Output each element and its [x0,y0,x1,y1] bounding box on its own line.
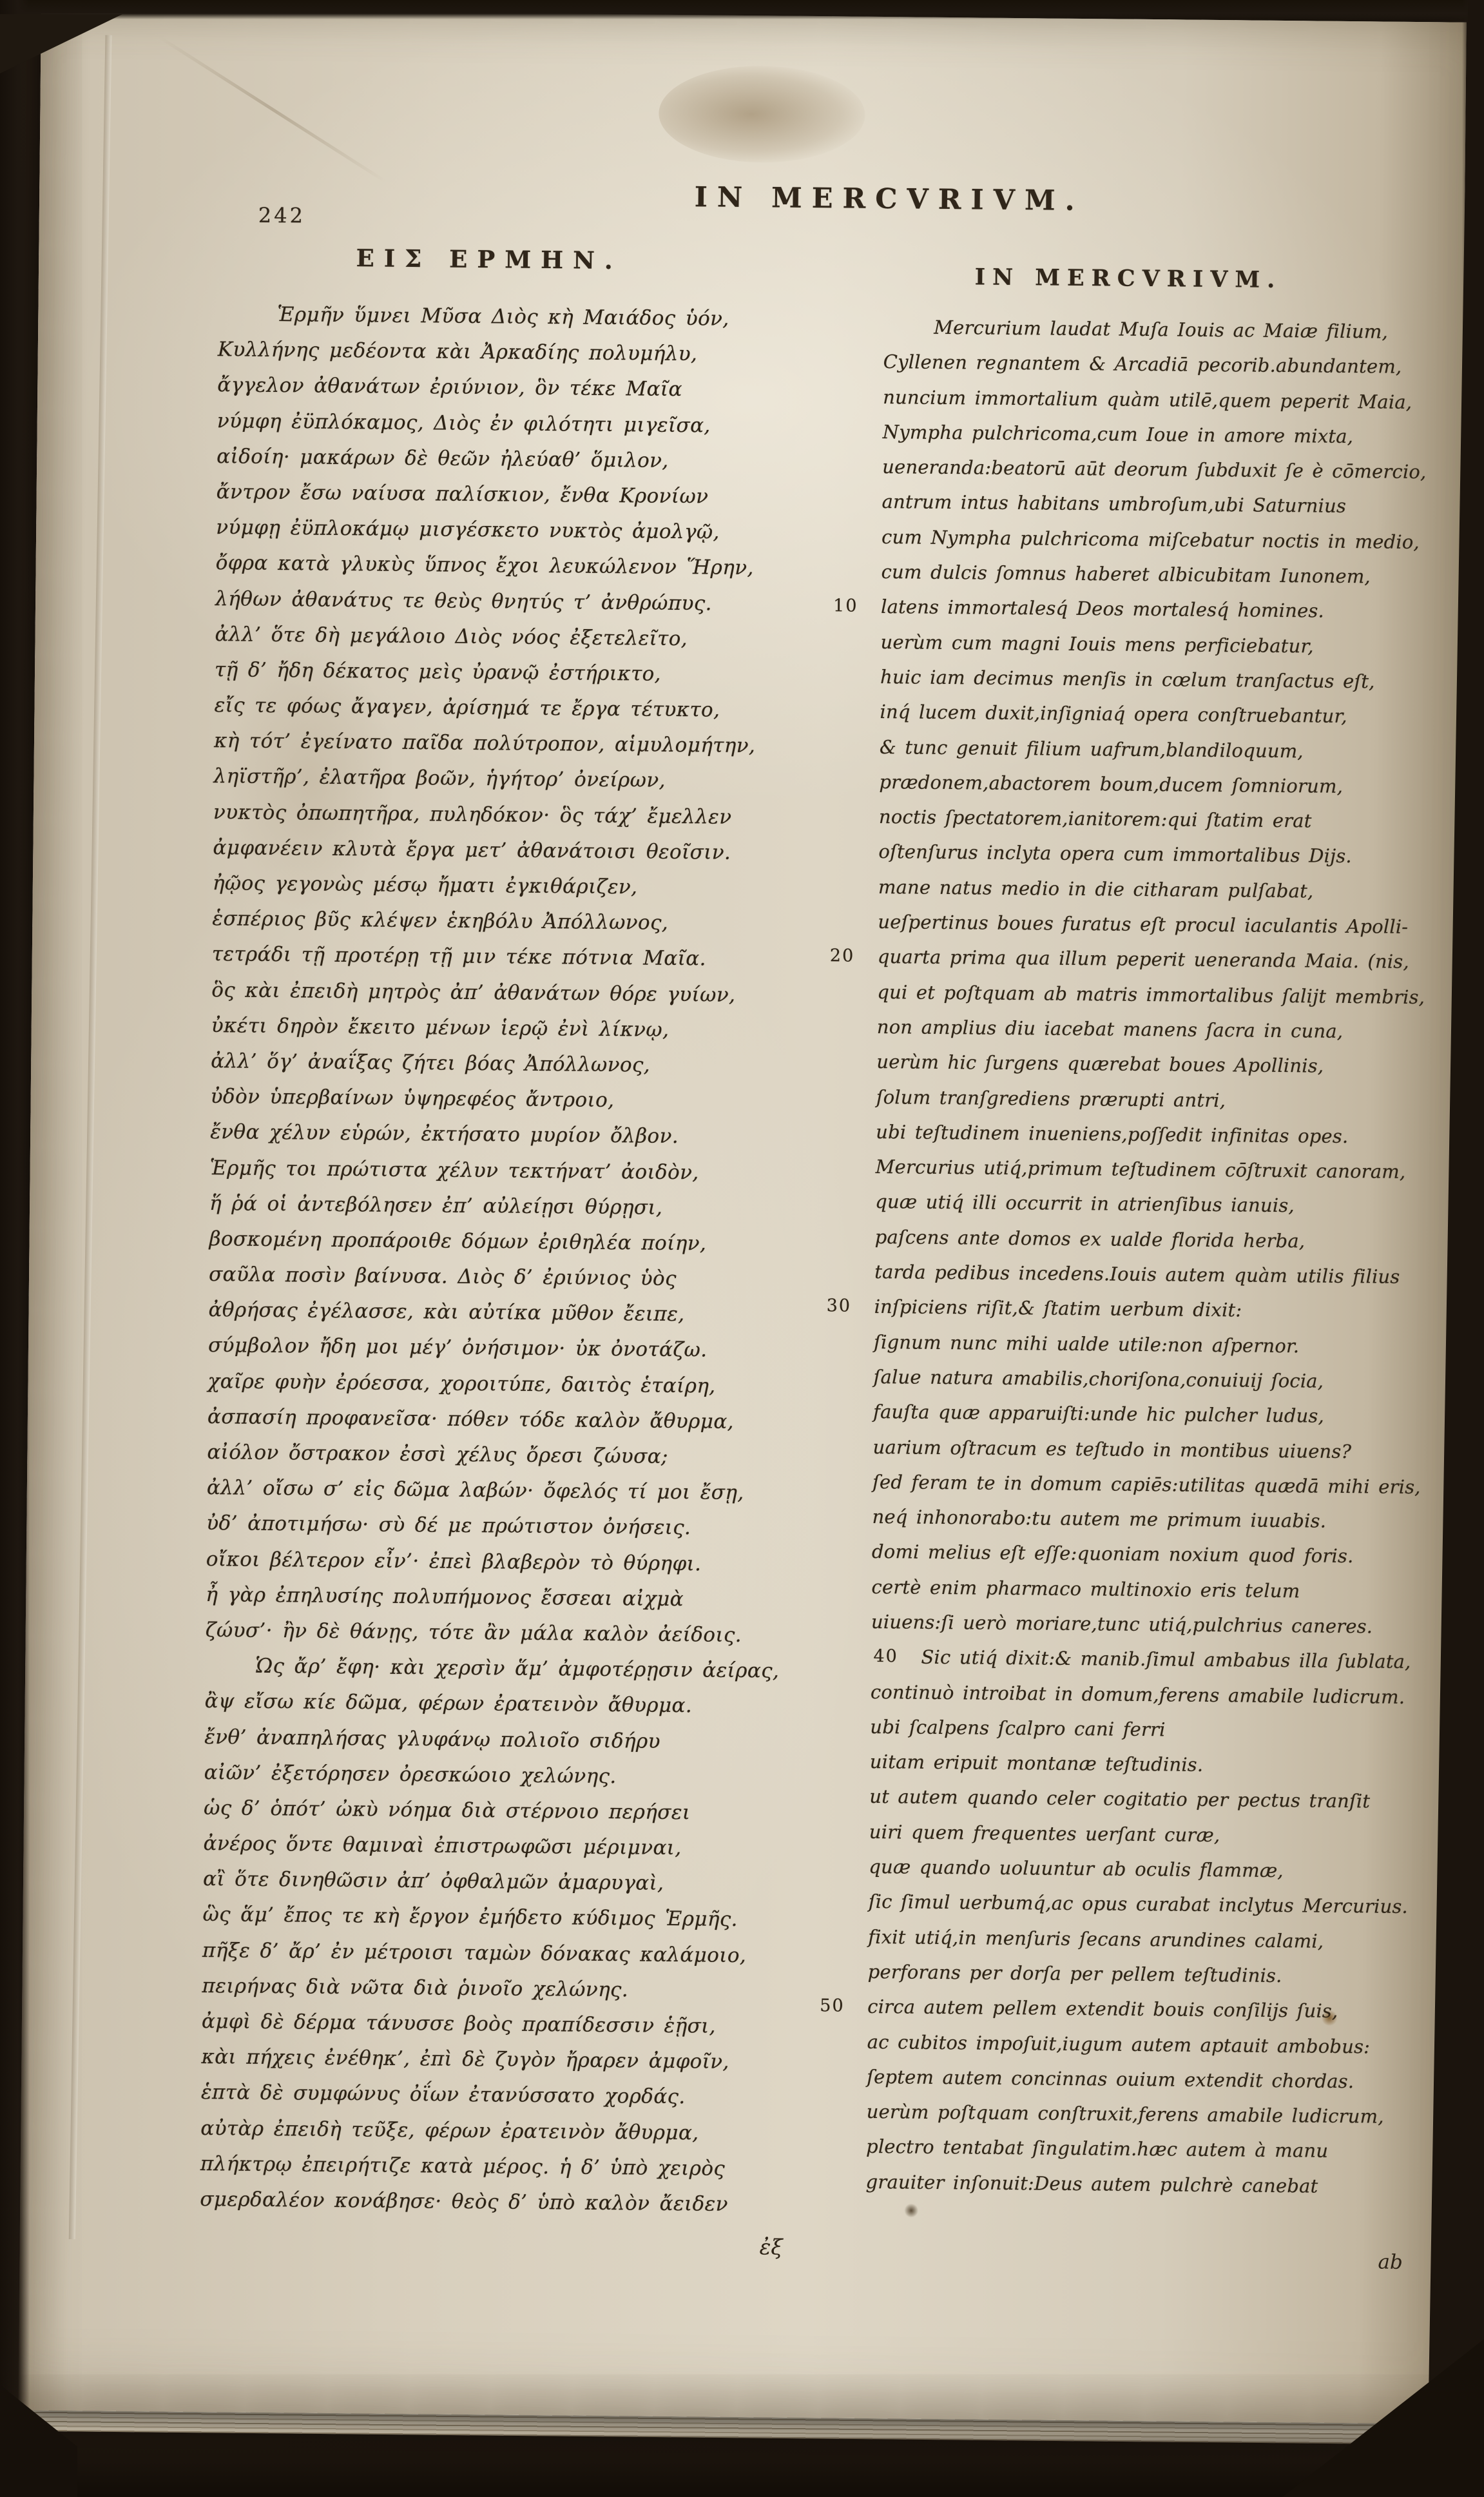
greek-verse-line: Ἑρμῆν ὕμνει Μῦσα Διὸς κὴ Μαιάδος ὑόν, [218,296,759,337]
greek-verse-line: ληϊστῆρ’, ἐλατῆρα βοῶν, ἡγήτορ’ ὀνείρων, [213,759,755,800]
greek-verse-text: ἔνθα χέλυν εὑρών, ἐκτήσατο μυρίον ὄλβον. [210,1120,679,1148]
folio-number: 242 [258,203,305,228]
latin-verse-line: ubi teſtudinem inueniens,poſſedit infini… [876,1114,1430,1155]
greek-verse-text: ἠῷος γεγονὼς μέσῳ ἤματι ἐγκιθάριζεν, [213,871,638,899]
greek-verse-text: ἀνέρος ὅντε θαμιναὶ ἐπιστρωφῶσι μέριμναι… [203,1832,681,1860]
latin-verse-text: cum dulcis ſomnus haberet albicubitam Iu… [881,561,1371,587]
greek-verse-line: λήθων ἀθανάτυς τε θεὺς θνητύς τ’ ἀνθρώπυ… [215,581,756,622]
latin-verse-line: ac cubitos impoſuit,iugum autem aptauit … [867,2024,1421,2065]
latin-verse-text: uerùm hic ſurgens quærebat boues Apollin… [876,1051,1324,1077]
latin-verse-line: uarium oſtracum es teſtudo in montibus u… [872,1429,1427,1470]
latin-verse-line: ut autem quando celer cogitatio per pect… [869,1779,1423,1820]
latin-verse-line: fixit utiq́,in menſuris ſecans arundines… [868,1919,1422,1960]
latin-verse-text: ubi teſtudinem inueniens,poſſedit infini… [876,1121,1348,1147]
latin-verse-text: plectro tentabat ſingulatim.hæc autem à … [866,2135,1328,2162]
latin-verse-line: Mercurium laudat Muſa Iouis ac Maiæ fili… [883,309,1438,350]
paper-crease [69,35,112,2239]
latin-verse-line: paſcens ante domos ex ualde florida herb… [874,1219,1429,1260]
greek-verse-line: αἰῶν’ ἐξετόρησεν ὀρεσκώοιο χελώνης. [204,1755,745,1796]
greek-verse-line: ἦ γὰρ ἐπηλυσίης πολυπήμονος ἔσσεαι αἰχμὰ [206,1577,747,1618]
greek-verse-line: ὐκέτι δηρὸν ἔκειτο μένων ἱερῷ ἐνὶ λίκνῳ, [211,1008,753,1049]
latin-verse-line: quæ utiq́ illi occurrit in atrienſibus i… [875,1184,1429,1225]
greek-verse-text: σαῦλα ποσὶν βαίνυσα. Διὸς δ’ ἐριύνιος ὑὸ… [209,1263,677,1290]
latin-verse-line: 20quarta prima qua illum peperit ueneran… [878,939,1432,980]
greek-verse-text: σμερδαλέον κονάβησε· θεὸς δ’ ὑπὸ καλὸν ἄ… [200,2188,728,2216]
greek-verse-text: Κυλλήνης μεδέοντα κὰι Ἀρκαδίης πολυμήλυ, [218,338,698,365]
latin-verse-text: fixit utiq́,in menſuris ſecans arundines… [868,1926,1324,1952]
latin-verse-line: uerùm cum magni Iouis mens perficiebatur… [880,625,1434,665]
latin-verse-line: continuò introibat in domum,ferens amabi… [871,1675,1425,1715]
latin-verse-text: ſignum nunc mihi ualde utile:non aſperno… [874,1331,1299,1357]
greek-verse-text: νυκτὸς ὀπωπητῆρα, πυληδόκον· ὃς τάχ’ ἔμε… [213,801,732,829]
greek-verse-text: ληϊστῆρ’, ἐλατῆρα βοῶν, ἡγήτορ’ ὀνείρων, [213,765,666,793]
greek-verse-line: αἲ ὅτε δινηθῶσιν ἀπ’ ὀφθαλμῶν ἀμαρυγαὶ, [203,1861,744,1902]
latin-verse-line: ubi ſcalpens ſcalpro cani ferri [870,1709,1424,1750]
latin-verse-text: inſpiciens riſit,& ſtatim uerbum dixit: [874,1296,1242,1321]
greek-verse-line: οἴκοι βέλτερον εἶν’· ἐπεὶ βλαβερὸν τὸ θύ… [206,1542,747,1582]
latin-verse-text: Sic utiq́ dixit:& manib.ſimul ambabus il… [921,1646,1411,1673]
greek-verse-line: αἰδοίη· μακάρων δὲ θεῶν ἠλεύαθ’ ὅμιλον, [217,439,758,480]
greek-verse-line: αἰόλον ὄστρακον ἐσσὶ χέλυς ὄρεσι ζώυσα; [207,1435,748,1475]
greek-verse-line: σύμβολον ἤδη μοι μέγ’ ὀνήσιμον· ὐκ ὀνοτά… [208,1328,749,1368]
latin-column-heading: IN MERCVRIVM. [854,263,1402,295]
greek-verse-line: ἀμφανέειν κλυτὰ ἔργα μετ’ ἀθανάτοισι θεο… [213,830,754,871]
latin-verse-line: qui et poſtquam ab matris immortalibus ſ… [877,975,1431,1015]
greek-verse-text: Ἑρμῆν ὕμνει Μῦσα Διὸς κὴ Μαιάδος ὑόν, [277,303,729,331]
latin-verse-text: grauiter inſonuit:Deus autem pulchrè can… [865,2171,1318,2197]
greek-verse-line: ὃς κὰι ἐπειδὴ μητρὸς ἀπ’ ἀθανάτων θόρε γ… [211,973,753,1013]
greek-column-heading: ΕΙΣ ΕΡΜΗΝ. [218,242,760,276]
greek-verse-text: πῆξε δ’ ἄρ’ ἐν μέτροισι ταμὼν δόνακας κα… [202,1939,746,1967]
latin-verse-line: 50circa autem pellem extendit bouis conſ… [867,1989,1421,2030]
line-number: 30 [826,1289,851,1325]
greek-verse-line: ἔνθα χέλυν εὑρών, ἐκτήσατο μυρίον ὄλβον. [210,1114,751,1155]
latin-verse-line: Nympha pulchricoma,cum Ioue in amore mix… [882,414,1436,455]
latin-verse-line: quæ quando uoluuntur ab oculis flammæ, [869,1849,1423,1890]
greek-verse-text: αἲ ὅτε δινηθῶσιν ἀπ’ ὀφθαλμῶν ἀμαρυγαὶ, [203,1867,664,1895]
latin-verse-line: perforans per dorſa per pellem teſtudini… [867,1954,1421,1995]
greek-verse-text: σύμβολον ἤδη μοι μέγ’ ὀνήσιμον· ὐκ ὀνοτά… [208,1334,708,1361]
greek-verse-text: ἑπτὰ δὲ συμφώνυς ὀΐων ἐτανύσσατο χορδάς. [201,2081,686,2108]
latin-verse-line: neq́ inhonorabo:tu autem me primum iuuab… [872,1499,1426,1540]
latin-verse-line: nuncium immortalium quàm utilē,quem pepe… [883,380,1437,420]
greek-verse-line: ὣς ἅμ’ ἔπος τε κὴ ἔργον ἐμήδετο κύδιμος … [202,1897,744,1938]
greek-verse-text: ὄφρα κατὰ γλυκὺς ὕπνος ἔχοι λευκώλενον Ἥ… [216,551,754,579]
greek-verse-text: χαῖρε φυὴν ἐρόεσσα, χοροιτύπε, δαιτὸς ἑτ… [207,1370,715,1398]
greek-verse-line: πῆξε δ’ ἄρ’ ἐν μέτροισι ταμὼν δόνακας κα… [202,1933,744,1974]
latin-verse-line: mane natus medio in die citharam pulſaba… [878,870,1432,910]
latin-verse-text: ubi ſcalpens ſcalpro cani ferri [870,1716,1166,1740]
greek-verse-text: ἀλλ’ ὅτε δὴ μεγάλοιο Διὸς νόος ἐξετελεῖτ… [215,623,688,650]
latin-verse-text: perforans per dorſa per pellem teſtudini… [868,1961,1282,1987]
latin-verse-text: Mercurium laudat Muſa Iouis ac Maiæ fili… [934,316,1388,343]
greek-verse-line: χαῖρε φυὴν ἐρόεσσα, χοροιτύπε, δαιτὸς ἑτ… [207,1364,749,1404]
latin-verse-line: ſalue natura amabilis,choriſona,conuiuij… [873,1359,1427,1400]
latin-verse-line: plectro tentabat ſingulatim.hæc autem à … [866,2129,1420,2170]
latin-verse-line: 40Sic utiq́ dixit:& manib.ſimul ambabus … [871,1639,1425,1680]
greek-verse-line: ἄντρον ἔσω ναίυσα παλίσκιον, ἔνθα Κρονίω… [216,474,757,515]
greek-verse-text: ἑσπέριος βῦς κλέψεν ἑκηβόλυ Ἀπόλλωνος, [212,907,668,935]
greek-verse-text: ὣς ἅμ’ ἔπος τε κὴ ἔργον ἐμήδετο κύδιμος … [202,1903,738,1931]
greek-verse-line: ἀνέρος ὅντε θαμιναὶ ἐπιστρωφῶσι μέριμναι… [203,1826,744,1867]
greek-verse-line: πειρήνας διὰ νῶτα διὰ ῥινοῖο χελώνης. [202,1968,743,2009]
greek-verse-line: εἴς τε φόως ἄγαγεν, ἀρίσημά τε ἔργα τέτυ… [214,688,755,728]
latin-verse-text: ueneranda:beatorū aūt deorum ſubduxit ſe… [882,456,1427,483]
latin-verse-text: Nympha pulchricoma,cum Ioue in amore mix… [883,421,1354,447]
greek-verse-line: τετράδι τῇ προτέρῃ τῇ μιν τέκε πότνια Μα… [212,937,753,977]
greek-verse-line: ἀσπασίη προφανεῖσα· πόθεν τόδε καλὸν ἄθυ… [207,1399,749,1440]
greek-verse-line: σαῦλα ποσὶν βαίνυσα. Διὸς δ’ ἐριύνιος ὑὸ… [209,1257,750,1297]
latin-verse-line: ſolum tranſgrediens prærupti antri, [876,1080,1431,1120]
greek-verse-line: ἂψ εἴσω κίε δῶμα, φέρων ἐρατεινὸν ἄθυρμα… [204,1684,746,1724]
greek-verse-line: ἀλλ’ οἴσω σ’ εἰς δῶμα λαβών· ὄφελός τί μ… [207,1470,748,1511]
greek-verse-line: νύμφῃ ἐϋπλοκάμῳ μισγέσκετο νυκτὸς ἀμολγῷ… [216,510,757,550]
latin-verse-line: uiuens:ſi uerò moriare,tunc utiq́,pulchr… [871,1604,1425,1645]
latin-verse-text: cum Nympha pulchricoma miſcebatur noctis… [882,526,1420,553]
greek-verse-text: ζώυσ’· ἢν δὲ θάνῃς, τότε ἂν μάλα καλὸν ἀ… [206,1618,742,1647]
latin-verse-line: antrum intus habitans umbroſum,ubi Satur… [882,485,1436,525]
greek-verse-text: νύμφῃ ἐϋπλοκάμῳ μισγέσκετο νυκτὸς ἀμολγῷ… [216,516,720,544]
greek-verse-text: ἔνθ’ ἀναπηλήσας γλυφάνῳ πολιοῖο σιδήρυ [204,1725,660,1753]
latin-verse-line: fauſta quæ apparuiſti:unde hic pulcher l… [873,1394,1427,1435]
greek-verse-line: ἥ ῥά οἱ ἀντεβόλησεν ἐπ’ αὐλείῃσι θύρῃσι, [209,1186,751,1227]
greek-verse-line: πλήκτρῳ ἐπειρήτιζε κατὰ μέρος. ἡ δ’ ὑπὸ … [200,2146,742,2187]
greek-verse-text: ἀμφανέειν κλυτὰ ἔργα μετ’ ἀθανάτοισι θεο… [213,836,731,864]
latin-verse-text: uiri quem frequentes uerſant curæ, [869,1821,1220,1846]
latin-verse-line: 30inſpiciens riſit,& ſtatim uerbum dixit… [874,1289,1428,1330]
greek-verse-text: κὰι πήχεις ἐνέθηκ’, ἐπὶ δὲ ζυγὸν ἤραρεν … [201,2045,729,2074]
latin-verse-line: ſic ſimul uerbumq́,ac opus curabat incly… [869,1884,1423,1925]
latin-verse-text: & tunc genuit filium uafrum,blandiloquum… [880,736,1304,762]
latin-verse-text: non amplius diu iacebat manens ſacra in … [877,1016,1344,1042]
book-photo: 242 IN MERCVRIVM. ΕΙΣ ΕΡΜΗΝ. IN MERCVRIV… [0,0,1484,2497]
latin-verse-text: continuò introibat in domum,ferens amabi… [871,1681,1405,1708]
latin-column: Mercurium laudat Muſa Iouis ac Maiæ fili… [865,309,1438,2204]
greek-verse-text: ἀλλ’ οἴσω σ’ εἰς δῶμα λαβών· ὄφελός τί μ… [207,1476,744,1504]
latin-verse-text: noctis ſpectatorem,ianitorem:qui ſtatim … [879,806,1312,831]
greek-verse-line: Ὡς ἄρ’ ἔφη· κὰι χερσὶν ἅμ’ ἀμφοτέρῃσιν ἀ… [205,1648,746,1689]
greek-verse-line: ὐδ’ ἀποτιμήσω· σὺ δέ με πρώτιστον ὀνήσει… [206,1506,747,1546]
greek-verse-text: νύμφη ἐϋπλόκαμος, Διὸς ἐν φιλότητι μιγεῖ… [217,409,711,437]
greek-verse-text: ὐκέτι δηρὸν ἔκειτο μένων ἱερῷ ἐνὶ λίκνῳ, [211,1014,670,1042]
latin-verse-line: inq́ lucem duxit,inſigniaq́ opera conſtr… [880,694,1434,735]
latin-verse-line: ſignum nunc mihi ualde utile:non aſperno… [874,1325,1428,1365]
latin-verse-line: uiri quem frequentes uerſant curæ, [869,1814,1423,1855]
greek-verse-line: ἄγγελον ἀθανάτων ἐριύνιον, ὃν τέκε Μαῖα [217,367,758,408]
photo-border-right [1462,0,1484,2497]
greek-verse-line: ἀλλ’ ὅτε δὴ μεγάλοιο Διὸς νόος ἐξετελεῖτ… [215,617,756,657]
greek-verse-line: τῇ δ’ ἤδη δέκατος μεὶς ὐρανῷ ἐστήρικτο, [215,652,756,693]
greek-verse-line: ὄφρα κατὰ γλυκὺς ὕπνος ἔχοι λευκώλενον Ἥ… [215,545,756,586]
latin-verse-line: cum dulcis ſomnus haberet albicubitam Iu… [881,554,1435,595]
latin-verse-text: ſeptem autem concinnas ouium extendit ch… [867,2066,1354,2092]
ink-stain [659,65,865,164]
latin-verse-text: domi melius eſt eſſe:quoniam noxium quod… [872,1540,1354,1567]
latin-verse-text: qui et poſtquam ab matris immortalibus ſ… [877,981,1425,1008]
line-number: 50 [820,1988,845,2024]
greek-verse-line: ἀθρήσας ἐγέλασσε, κὰι αὐτίκα μῦθον ἔειπε… [208,1292,749,1333]
latin-verse-text: ſolum tranſgrediens prærupti antri, [876,1086,1226,1111]
greek-verse-text: Ἑρμῆς τοι πρώτιστα χέλυν τεκτήνατ’ ἀοιδὸ… [210,1156,699,1184]
greek-verse-text: πειρήνας διὰ νῶτα διὰ ῥινοῖο χελώνης. [202,1974,628,2001]
latin-verse-text: ut autem quando celer cogitatio per pect… [869,1785,1370,1812]
greek-verse-text: τῇ δ’ ἤδη δέκατος μεὶς ὐρανῷ ἐστήρικτο, [215,658,661,686]
greek-verse-text: ὐδ’ ἀποτιμήσω· σὺ δέ με πρώτιστον ὀνήσει… [206,1511,691,1539]
latin-verse-line: Cyllenen regnantem & Arcadiā pecorib.abu… [883,344,1437,385]
latin-verse-text: uerùm cum magni Iouis mens perficiebatur… [880,631,1314,657]
latin-verse-text: ſic ſimul uerbumq́,ac opus curabat incly… [869,1890,1408,1918]
greek-verse-text: κὴ τότ’ ἐγείνατο παῖδα πολύτροπον, αἱμυλ… [214,729,756,757]
greek-verse-text: βοσκομένη προπάροιθε δόμων ἐριθηλέα ποίη… [209,1227,706,1255]
latin-verse-text: Cyllenen regnantem & Arcadiā pecorib.abu… [883,351,1402,378]
greek-verse-text: ἀσπασίη προφανεῖσα· πόθεν τόδε καλὸν ἄθυ… [207,1405,734,1433]
signature-mark: ab [1378,2251,1403,2274]
latin-verse-text: quarta prima qua illum peperit ueneranda… [878,946,1409,973]
latin-verse-text: nuncium immortalium quàm utilē,quem pepe… [883,386,1412,413]
latin-verse-text: quæ quando uoluuntur ab oculis flammæ, [869,1856,1284,1881]
latin-verse-text: tarda pedibus incedens.Iouis autem quàm … [874,1261,1400,1288]
greek-verse-line: ὐδὸν ὑπερβαίνων ὑψηρεφέος ἄντροιο, [210,1079,751,1120]
greek-verse-text: λήθων ἀθανάτυς τε θεὺς θνητύς τ’ ἀνθρώπυ… [215,587,712,615]
greek-verse-text: ἄγγελον ἀθανάτων ἐριύνιον, ὃν τέκε Μαῖα [217,373,682,401]
photo-border-bottom [0,2433,1484,2497]
latin-verse-text: antrum intus habitans umbroſum,ubi Satur… [882,491,1346,518]
greek-catchword: ἐξ [759,2234,782,2259]
latin-verse-text: uitam eripuit montanæ teſtudinis. [870,1751,1204,1776]
greek-verse-line: ἑπτὰ δὲ συμφώνυς ὀΐων ἐτανύσσατο χορδάς. [201,2075,742,2115]
paper-crease [157,35,387,183]
latin-verse-text: neq́ inhonorabo:tu autem me primum iuuab… [872,1506,1326,1532]
latin-verse-line: cum Nympha pulchricoma miſcebatur noctis… [882,520,1436,560]
greek-verse-line: ὡς δ’ ὁπότ’ ὠκὺ νόημα διὰ στέρνοιο περήσ… [204,1791,745,1831]
latin-verse-line: ſed feram te in domum capiēs:utilitas qu… [872,1464,1427,1505]
latin-verse-line: noctis ſpectatorem,ianitorem:qui ſtatim … [879,799,1433,840]
latin-verse-line: oſtenſurus inclyta opera cum immortalibu… [878,834,1432,875]
book-page: 242 IN MERCVRIVM. ΕΙΣ ΕΡΜΗΝ. IN MERCVRIV… [18,8,1467,2424]
greek-verse-line: βοσκομένη προπάροιθε δόμων ἐριθηλέα ποίη… [209,1221,750,1262]
greek-verse-line: ζώυσ’· ἢν δὲ θάνῃς, τότε ἂν μάλα καλὸν ἀ… [206,1613,747,1653]
latin-verse-line: ueſpertinus boues furatus eſt procul iac… [878,904,1432,945]
greek-verse-text: αὐτὰρ ἐπειδὴ τεῦξε, φέρων ἐρατεινὸν ἄθυρ… [200,2117,699,2144]
latin-verse-text: ſalue natura amabilis,choriſona,conuiuij… [873,1366,1324,1392]
greek-verse-text: ἄντρον ἔσω ναίυσα παλίσκιον, ἔνθα Κρονίω… [217,480,709,508]
greek-verse-text: αἰόλον ὄστρακον ἐσσὶ χέλυς ὄρεσι ζώυσα; [207,1441,668,1468]
greek-verse-text: εἴς τε φόως ἄγαγεν, ἀρίσημά τε ἔργα τέτυ… [214,694,720,722]
latin-verse-line: ueneranda:beatorū aūt deorum ſubduxit ſe… [882,449,1436,490]
latin-verse-text: prædonem,abactorem boum,ducem ſomniorum, [879,771,1343,797]
greek-verse-text: τετράδι τῇ προτέρῃ τῇ μιν τέκε πότνια Μα… [212,942,706,970]
latin-verse-line: uitam eripuit montanæ teſtudinis. [870,1744,1424,1785]
latin-verse-text: paſcens ante domos ex ualde florida herb… [875,1226,1306,1252]
latin-verse-text: ſed feram te in domum capiēs:utilitas qu… [872,1471,1421,1498]
latin-verse-line: grauiter inſonuit:Deus autem pulchrè can… [865,2164,1420,2205]
greek-verse-text: ἂψ εἴσω κίε δῶμα, φέρων ἐρατεινὸν ἄθυρμα… [205,1689,693,1717]
latin-verse-text: circa autem pellem extendit bouis conſil… [867,1996,1338,2022]
running-title: IN MERCVRIVM. [644,180,1134,217]
greek-verse-line: ἀλλ’ ὅγ’ ἀναΐξας ζήτει βόας Ἀπόλλωνος, [211,1044,752,1084]
line-number: 10 [833,589,858,625]
greek-verse-line: ἔνθ’ ἀναπηλήσας γλυφάνῳ πολιοῖο σιδήρυ [204,1720,746,1760]
latin-verse-line: & tunc genuit filium uafrum,blandiloquum… [880,730,1434,770]
greek-verse-line: κὴ τότ’ ἐγείνατο παῖδα πολύτροπον, αἱμυλ… [214,723,755,764]
latin-verse-text: uiuens:ſi uerò moriare,tunc utiq́,pulchr… [871,1611,1373,1637]
latin-verse-text: huic iam decimus menſis in cœlum tranſac… [880,666,1375,692]
greek-verse-line: κὰι πήχεις ἐνέθηκ’, ἐπὶ δὲ ζυγὸν ἤραρεν … [201,2039,742,2080]
latin-verse-text: ac cubitos impoſuit,iugum autem aptauit … [867,2030,1371,2057]
line-number: 20 [830,939,855,975]
latin-verse-line: Mercurius utiq́,primum teſtudinem cōſtru… [875,1149,1429,1190]
greek-verse-line: νύμφη ἐϋπλόκαμος, Διὸς ἐν φιλότητι μιγεῖ… [217,403,758,444]
greek-verse-line: νυκτὸς ὀπωπητῆρα, πυληδόκον· ὃς τάχ’ ἔμε… [213,795,755,835]
latin-verse-text: certè enim pharmaco multinoxio eris telu… [871,1576,1300,1602]
foxing-spot [904,2203,918,2217]
greek-column: Ἑρμῆν ὕμνει Μῦσα Διὸς κὴ Μαιάδος ὑόν,Κυλ… [200,296,760,2222]
greek-verse-text: οἴκοι βέλτερον εἶν’· ἐπεὶ βλαβερὸν τὸ θύ… [206,1548,702,1575]
latin-verse-text: uerùm poſtquam conſtruxit,ferens amabile… [867,2101,1384,2128]
greek-verse-line: αὐτὰρ ἐπειδὴ τεῦξε, φέρων ἐρατεινὸν ἄθυρ… [200,2111,742,2152]
greek-verse-line: Ἑρμῆς τοι πρώτιστα χέλυν τεκτήνατ’ ἀοιδὸ… [209,1151,751,1191]
greek-verse-text: ὐδὸν ὑπερβαίνων ὑψηρεφέος ἄντροιο, [211,1085,615,1112]
greek-verse-text: ἦ γὰρ ἐπηλυσίης πολυπήμονος ἔσσεαι αἰχμὰ [206,1583,684,1611]
latin-verse-text: Mercurius utiq́,primum teſtudinem cōſtru… [876,1156,1406,1183]
greek-verse-text: ὡς δ’ ὁπότ’ ὠκὺ νόημα διὰ στέρνοιο περήσ… [204,1796,691,1824]
latin-verse-line: domi melius eſt eſſe:quoniam noxium quod… [872,1534,1426,1575]
greek-verse-text: αἰδοίη· μακάρων δὲ θεῶν ἠλεύαθ’ ὅμιλον, [217,445,669,472]
greek-verse-line: ἠῷος γεγονὼς μέσῳ ἤματι ἐγκιθάριζεν, [213,866,754,906]
latin-verse-text: oſtenſurus inclyta opera cum immortalibu… [878,840,1352,867]
latin-verse-line: huic iam decimus menſis in cœlum tranſac… [880,659,1434,700]
latin-verse-text: mane natus medio in die citharam pulſaba… [878,876,1314,902]
greek-verse-text: πλήκτρῳ ἐπειρήτιζε κατὰ μέρος. ἡ δ’ ὑπὸ … [200,2152,726,2181]
greek-verse-text: ὃς κὰι ἐπειδὴ μητρὸς ἀπ’ ἀθανάτων θόρε γ… [211,978,735,1007]
greek-verse-text: ἥ ῥά οἱ ἀντεβόλησεν ἐπ’ αὐλείῃσι θύρῃσι, [209,1192,662,1219]
latin-verse-line: uerùm hic ſurgens quærebat boues Apollin… [876,1044,1431,1085]
latin-verse-line: tarda pedibus incedens.Iouis autem quàm … [874,1254,1429,1295]
greek-verse-text: ἀμφὶ δὲ δέρμα τάνυσσε βοὸς πραπίδεσσιν ἑ… [202,2010,716,2038]
latin-verse-text: ueſpertinus boues furatus eſt procul iac… [878,911,1408,938]
greek-verse-text: αἰῶν’ ἐξετόρησεν ὀρεσκώοιο χελώνης. [204,1761,617,1788]
greek-verse-text: ἀλλ’ ὅγ’ ἀναΐξας ζήτει βόας Ἀπόλλωνος, [211,1049,650,1077]
latin-verse-line: prædonem,abactorem boum,ducem ſomniorum, [879,764,1433,805]
latin-verse-line: 10latens immortalesq́ Deos mortalesq́ ho… [881,589,1435,630]
latin-verse-line: ſeptem autem concinnas ouium extendit ch… [867,2059,1421,2100]
latin-verse-line: certè enim pharmaco multinoxio eris telu… [871,1569,1425,1610]
latin-verse-text: fauſta quæ apparuiſti:unde hic pulcher l… [873,1401,1324,1427]
greek-verse-line: Κυλλήνης μεδέοντα κὰι Ἀρκαδίης πολυμήλυ, [218,332,759,373]
greek-verse-text: Ὡς ἄρ’ ἔφη· κὰι χερσὶν ἅμ’ ἀμφοτέρῃσιν ἀ… [255,1655,779,1683]
greek-verse-line: ἑσπέριος βῦς κλέψεν ἑκηβόλυ Ἀπόλλωνος, [212,901,753,942]
latin-verse-text: inq́ lucem duxit,inſigniaq́ opera conſtr… [880,701,1347,727]
greek-verse-text: ἀθρήσας ἐγέλασσε, κὰι αὐτίκα μῦθον ἔειπε… [208,1298,684,1326]
latin-verse-line: non amplius diu iacebat manens ſacra in … [877,1009,1431,1050]
latin-verse-line: uerùm poſtquam conſtruxit,ferens amabile… [866,2094,1420,2135]
latin-verse-text: latens immortalesq́ Deos mortalesq́ homi… [881,596,1324,622]
line-number: 40 [823,1639,898,1675]
latin-verse-text: quæ utiq́ illi occurrit in atrienſibus i… [875,1190,1295,1216]
latin-verse-text: uarium oſtracum es teſtudo in montibus u… [872,1435,1351,1462]
greek-verse-line: σμερδαλέον κονάβησε· θεὸς δ’ ὑπὸ καλὸν ἄ… [200,2182,741,2222]
greek-verse-line: ἀμφὶ δὲ δέρμα τάνυσσε βοὸς πραπίδεσσιν ἑ… [202,2004,743,2045]
